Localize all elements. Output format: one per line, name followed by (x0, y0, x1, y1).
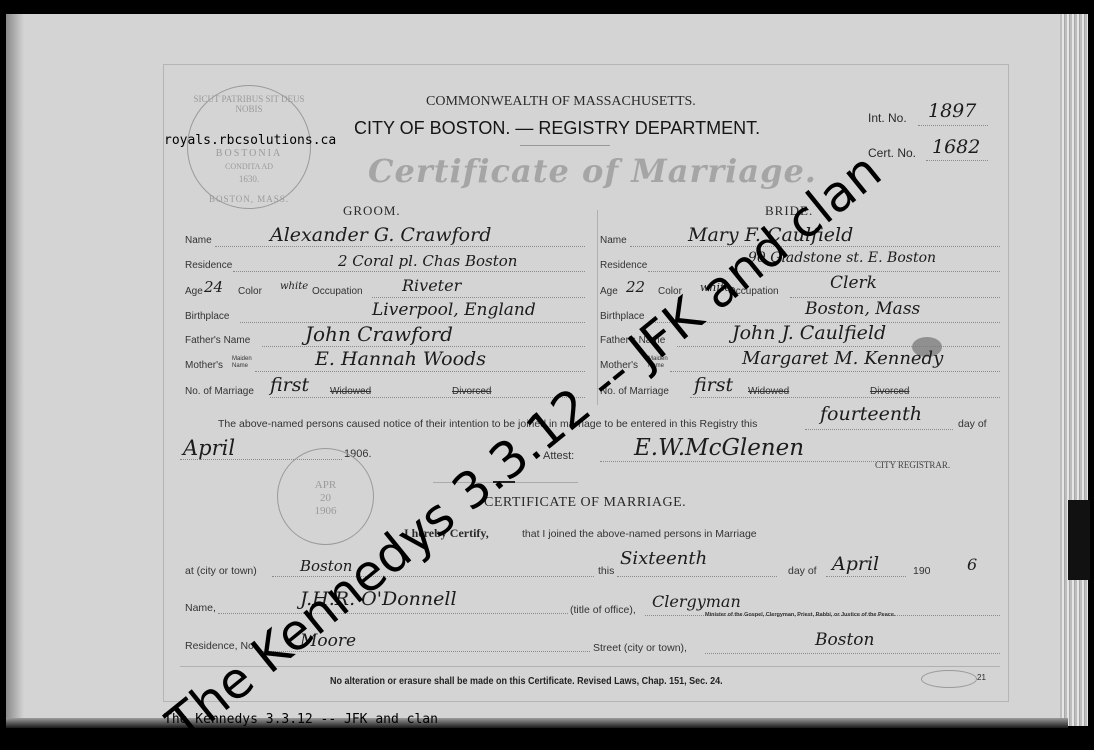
registrar-signature: E.W.McGlenen (634, 435, 804, 461)
bride-father: John J. Caulfield (732, 322, 886, 344)
groom-marriage-number: first (270, 374, 309, 396)
bride-divorced-label: Divorced (870, 386, 909, 397)
groom-name-line (215, 246, 585, 247)
groom-occupation-label: Occupation (312, 286, 363, 297)
header-rule (520, 145, 610, 146)
bride-residence-label: Residence (600, 260, 647, 271)
name-word: Name (232, 363, 248, 369)
marriage-year-prefix: 190 (913, 565, 931, 577)
street-line (705, 653, 1000, 654)
seal-outer-text: BOSTON, MASS. (188, 194, 310, 204)
city-registrar-label: CITY REGISTRAR. (875, 460, 950, 470)
intention-day-of: day of (958, 418, 987, 430)
site-watermark-label: royals.rbcsolutions.ca (164, 133, 336, 148)
cert-no-value: 1682 (932, 136, 980, 158)
marriage-year-digit: 6 (967, 555, 977, 574)
maiden-word: Maiden (232, 356, 252, 362)
street-value: Boston (815, 630, 874, 650)
groom-maiden-label: MaidenName (232, 356, 252, 370)
groom-color-label: Color (238, 286, 262, 297)
intention-month: April (183, 436, 235, 460)
commonwealth-heading: COMMONWEALTH OF MASSACHUSETTS. (426, 94, 696, 110)
groom-residence-line (233, 271, 585, 272)
certificate-heading: CERTIFICATE OF MARRIAGE. (484, 495, 686, 511)
month-line (826, 576, 906, 577)
groom-mother-label: Mother's (185, 360, 223, 371)
int-no-label: Int. No. (868, 111, 907, 125)
intention-text: The above-named persons caused notice of… (218, 418, 757, 430)
seal-year: 1630. (188, 174, 310, 184)
groom-divorced-label: Divorced (452, 386, 491, 397)
groom-mother: E. Hannah Woods (315, 348, 486, 370)
intention-day: fourteenth (820, 403, 922, 425)
book-page-edges (1060, 14, 1088, 726)
printer-mark-icon (921, 670, 977, 688)
bride-marriage-line (690, 397, 1000, 398)
bride-occupation: Clerk (830, 273, 877, 293)
groom-residence: 2 Coral pl. Chas Boston (338, 252, 517, 270)
form-number: 21 (977, 673, 986, 682)
seal-condita: CONDITA AD (188, 162, 310, 171)
caption-text: The Kennedys 3.3.12 -- JFK and clan (164, 712, 438, 727)
certify-text: that I joined the above-named persons in… (522, 528, 757, 540)
groom-occupation: Riveter (402, 276, 461, 295)
book-tab (1068, 500, 1090, 580)
cert-no-line (926, 160, 988, 161)
bride-occupation-line (790, 297, 1000, 298)
bride-father-line (677, 346, 1000, 347)
groom-father: John Crawford (305, 322, 453, 346)
street-label: Street (city or town), (593, 642, 687, 654)
title-of-office-value: Clergyman (652, 592, 741, 611)
city-registry-heading: CITY OF BOSTON. — REGISTRY DEPARTMENT. (354, 118, 760, 139)
groom-name: Alexander G. Crawford (270, 224, 491, 246)
intention-day-line (805, 429, 953, 430)
groom-birthplace: Liverpool, England (372, 300, 536, 320)
int-no-line (918, 125, 988, 126)
stamp-year: 1906 (278, 505, 373, 517)
bride-name-label: Name (600, 235, 627, 246)
cert-no-label: Cert. No. (868, 146, 916, 160)
seal-name: BOSTONIA (188, 148, 310, 159)
certificate-title: Certificate of Marriage. (368, 152, 817, 190)
bride-mother-line (670, 371, 1000, 372)
footer-notice: No alteration or erasure shall be made o… (330, 676, 723, 687)
title-of-office-label: (title of office), (570, 604, 636, 616)
marriage-month: April (832, 553, 879, 575)
bride-mother: Margaret M. Kennedy (742, 348, 943, 369)
title-of-office-hint: Minister of the Gospel, Clergyman, Pries… (705, 612, 895, 618)
stamp-day: 20 (278, 492, 373, 504)
page-gutter-shadow (6, 14, 24, 726)
registry-date-stamp-icon: APR 20 1906 (277, 448, 374, 545)
groom-name-label: Name (185, 235, 212, 246)
day-of-label: day of (788, 565, 817, 577)
bride-age-label: Age (600, 286, 618, 297)
marriage-day: Sixteenth (620, 548, 707, 569)
groom-age-label: Age (185, 286, 203, 297)
groom-father-label: Father's Name (185, 335, 250, 346)
int-no-value: 1897 (928, 100, 976, 122)
bride-age: 22 (626, 278, 645, 296)
groom-father-line (262, 346, 585, 347)
officiant-name-label: Name, (185, 602, 216, 614)
bride-marriage-number: first (694, 374, 733, 396)
groom-marriage-label: No. of Marriage (185, 386, 254, 397)
seal-motto: SICUT PATRIBUS SIT DEUS NOBIS (188, 94, 310, 114)
footer-rule (180, 666, 1000, 667)
groom-occupation-line (372, 297, 585, 298)
groom-residence-label: Residence (185, 260, 232, 271)
groom-color: white (280, 281, 308, 292)
groom-age: 24 (204, 278, 223, 296)
bride-birthplace: Boston, Mass (805, 299, 920, 319)
stamp-month: APR (278, 479, 373, 491)
groom-birthplace-label: Birthplace (185, 311, 229, 322)
day-line (617, 576, 777, 577)
groom-mother-line (255, 371, 585, 372)
groom-widowed-label: Widowed (330, 386, 371, 397)
bride-widowed-label: Widowed (748, 386, 789, 397)
groom-heading: GROOM. (343, 203, 401, 219)
this-label: this (598, 565, 614, 577)
at-city-label: at (city or town) (185, 565, 257, 577)
